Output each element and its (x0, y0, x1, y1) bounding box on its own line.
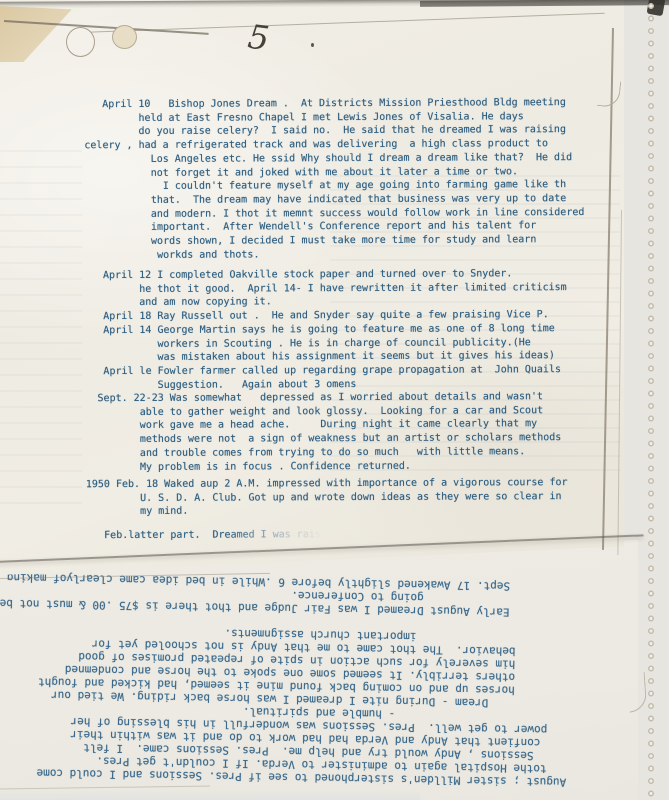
entry-1950-feb-18-usda-club: 1950 Feb. 18 Waked aup 2 A.M. impressed … (86, 476, 568, 519)
scanner-bottom-strip (0, 790, 420, 800)
typed-entries: April 10 Bishop Jones Dream . At Distric… (84, 0, 635, 576)
punch-hole-right (112, 25, 137, 49)
entry-april-10-bishop-jones-dream: April 10 Bishop Jones Dream . At Distric… (84, 96, 584, 263)
pen-dot-mark (311, 43, 314, 47)
ink-bleed-through-left (0, 150, 82, 510)
punch-hole-left (66, 27, 95, 57)
perforation-strip (643, 0, 661, 800)
entry-feb-latter-part: Feb.latter part. Dreamed I was raised to… (86, 528, 375, 543)
upside-down-text-block: August ; sister Millden's sisterphoned t… (26, 569, 570, 788)
reversed-typed-text: August ; sister Millden's sisterphoned t… (26, 571, 570, 788)
handwritten-page-number: 5 (245, 14, 290, 65)
entry-april-16-fowler-farmer: April le Fowler farmer called up regardi… (85, 363, 561, 392)
entry-april-12-oakville-stock-paper: April 12 I completed Oakville stock pape… (85, 267, 567, 310)
entry-sept-22-23-depressed: Sept. 22-23 Was somewhat depressed as I … (85, 390, 561, 474)
underlying-page: August ; sister Millden's sisterphoned t… (0, 540, 638, 800)
entry-april-14-george-martin: April 14 George Martin says he is going … (85, 322, 555, 365)
scanned-document: August ; sister Millden's sisterphoned t… (0, 0, 669, 800)
